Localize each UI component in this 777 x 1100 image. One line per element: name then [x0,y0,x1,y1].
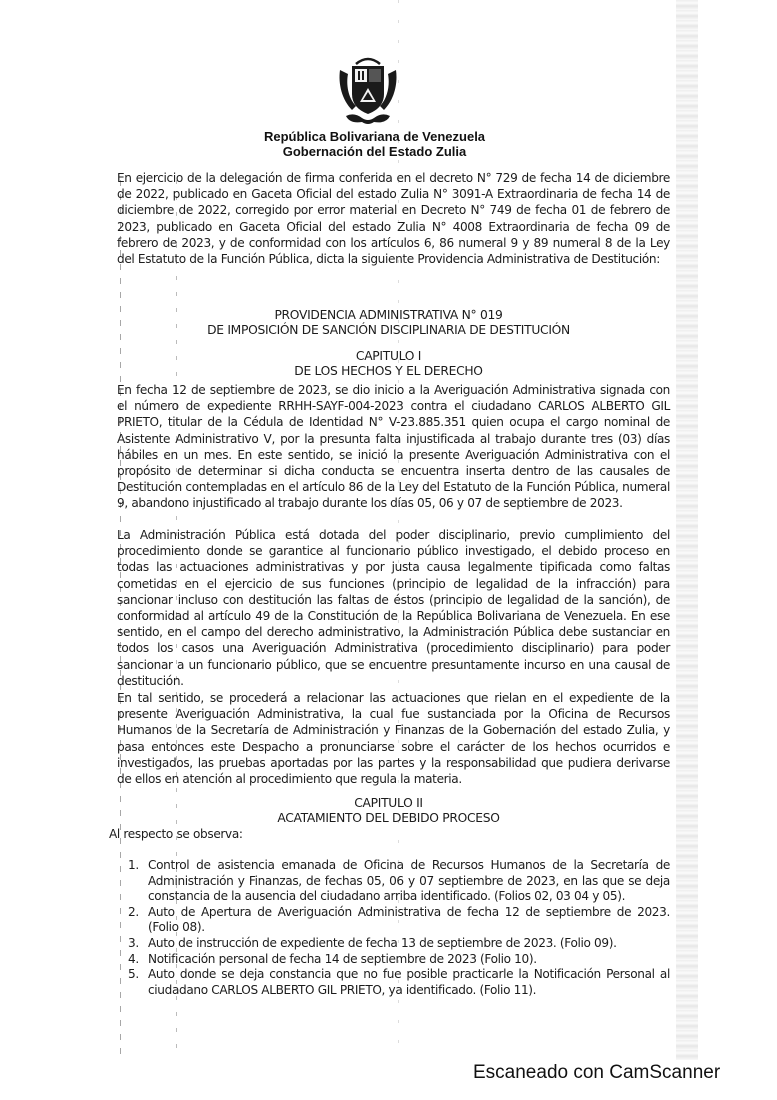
list-item-text: Control de asistencia emanada de Oficina… [148,858,670,903]
chapter1-paragraph-1: En fecha 12 de septiembre de 2023, se di… [117,382,670,512]
list-item: 4. Notificación personal de fecha 14 de … [128,952,670,968]
list-item-number: 1. [128,858,139,874]
evidence-list: 1. Control de asistencia emanada de Ofic… [128,858,670,998]
list-item-number: 5. [128,967,139,983]
chapter1-subheading: DE LOS HECHOS Y EL DERECHO [0,363,777,379]
chapter1-paragraph-2: La Administración Pública está dotada de… [117,527,670,689]
list-item-text: Auto donde se deja constancia que no fue… [148,967,670,997]
list-item-number: 4. [128,952,139,968]
list-item-number: 2. [128,905,139,921]
chapter2-heading: CAPITULO II [0,795,777,811]
camscanner-watermark: Escaneado con CamScanner [473,1062,720,1084]
chapter2-subheading: ACATAMIENTO DEL DEBIDO PROCESO [0,810,777,826]
list-item: 3. Auto de instrucción de expediente de … [128,936,670,952]
header-government: Gobernación del Estado Zulia [0,144,763,159]
list-item-text: Auto de instrucción de expediente de fec… [148,936,617,950]
zulia-coat-of-arms-icon [336,56,400,126]
header-country: República Bolivariana de Venezuela [0,129,763,144]
chapter1-paragraph-3: En tal sentido, se procederá a relaciona… [117,690,670,787]
chapter1-heading: CAPITULO I [0,348,777,364]
document-title-line1: PROVIDENCIA ADMINISTRATIVA N° 019 [0,307,777,323]
scanned-document-page: República Bolivariana de Venezuela Gober… [0,0,777,1100]
list-item: 2. Auto de Apertura de Averiguación Admi… [128,905,670,936]
list-item-number: 3. [128,936,139,952]
list-item: 5. Auto donde se deja constancia que no … [128,967,670,998]
document-title-line2: DE IMPOSICIÓN DE SANCIÓN DISCIPLINARIA D… [0,322,777,338]
list-item-text: Notificación personal de fecha 14 de sep… [148,952,537,966]
list-item: 1. Control de asistencia emanada de Ofic… [128,858,670,905]
list-item-text: Auto de Apertura de Averiguación Adminis… [148,905,670,935]
chapter2-lead: Al respecto se observa: [109,826,662,842]
scan-artifact-streak [676,0,698,1060]
intro-paragraph: En ejercicio de la delegación de firma c… [117,170,670,267]
